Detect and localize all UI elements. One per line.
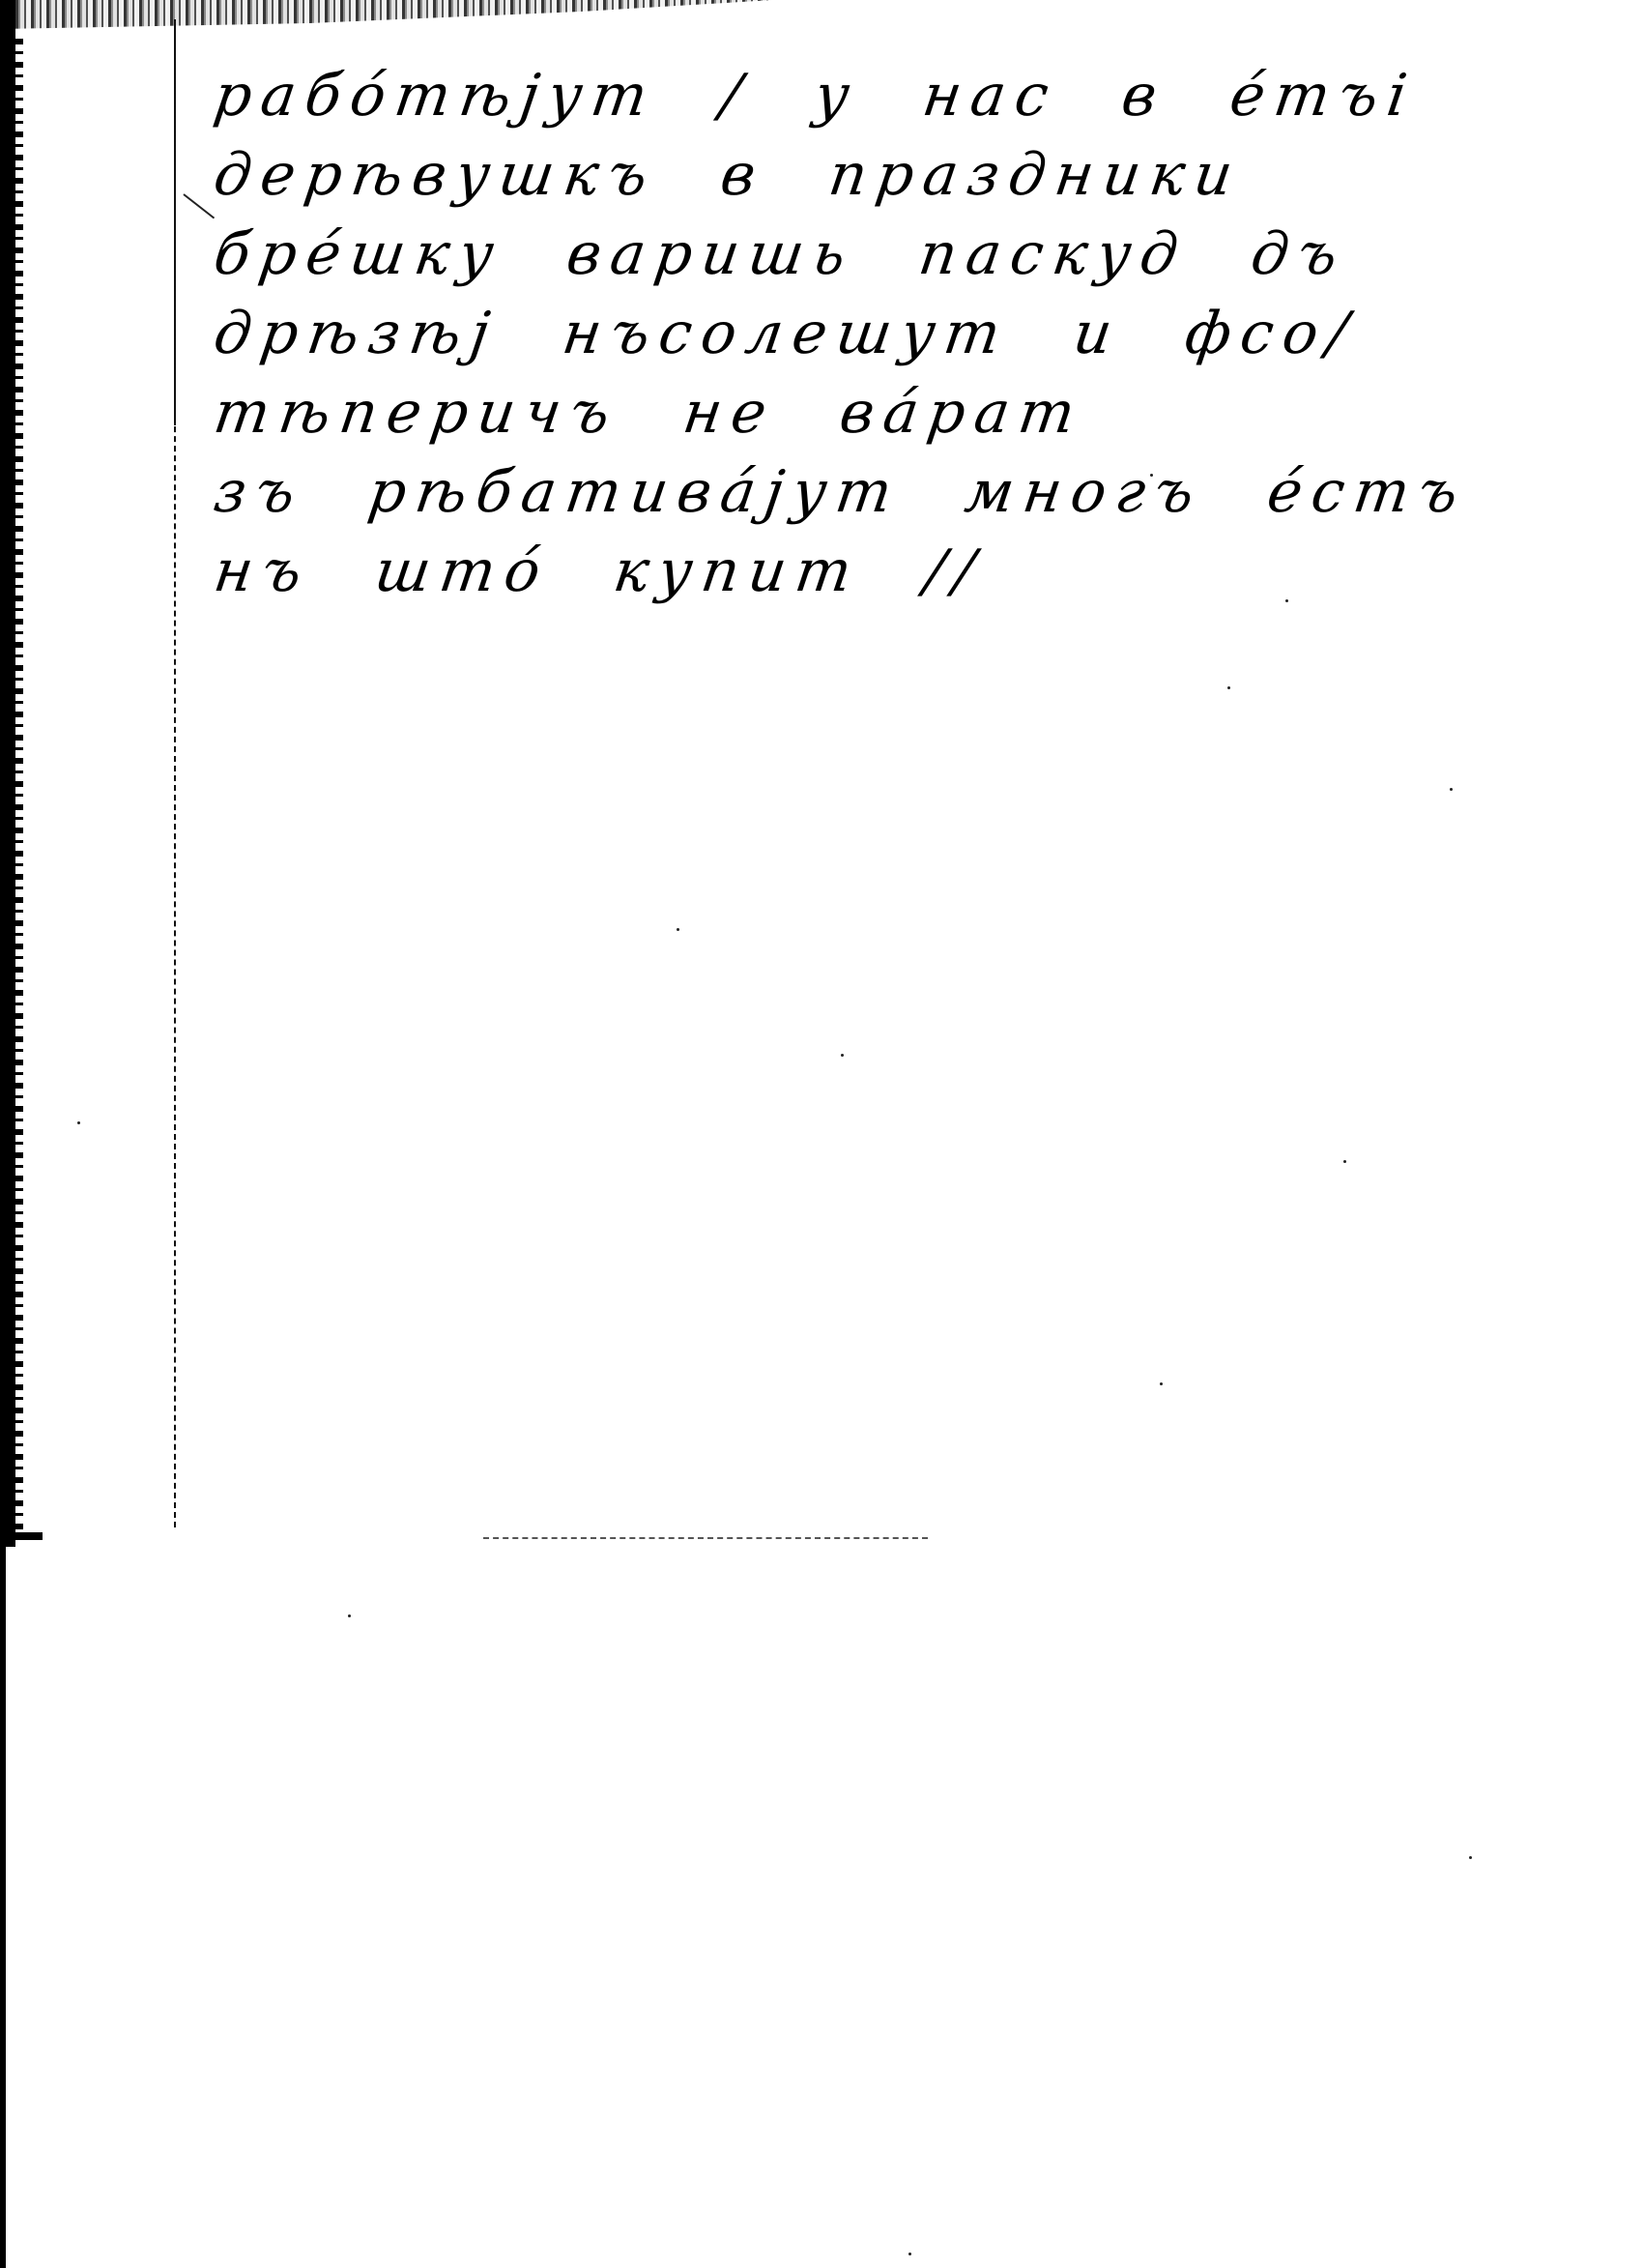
scan-speck [1150,474,1153,477]
margin-rule-dashed [174,19,176,1527]
scan-noise-top [0,0,773,29]
handwritten-line-6: зъ рѣбатива́јут многъ е́стъ [209,452,1332,532]
handwritten-line-1: рабо́тѣјут / у нас в е́тъі [209,56,1332,135]
handwritten-line-7: нъ што́ купит // [209,532,1332,611]
handwritten-line-4: дрѣзѣј нъсолешут и фсо/ [209,294,1332,373]
scan-speck [1469,1856,1472,1859]
scan-speck [1160,1382,1163,1385]
scan-edge-band-lower [0,1547,6,2268]
scan-speck [677,928,679,931]
scan-speck [841,1054,844,1057]
scan-speck [1285,599,1288,602]
scan-speck [908,2253,911,2255]
scan-edge-ragged [14,39,23,1547]
scan-speck [348,1614,351,1617]
handwritten-line-2: дерѣвушкъ в праздники [209,135,1332,215]
scan-speck [1227,686,1230,689]
scanned-page: рабо́тѣјут / у нас в е́тъі дерѣвушкъ в п… [0,0,1643,2268]
handwritten-line-3: бре́шку варишь паскуд дъ [209,215,1332,294]
scan-speck [77,1121,80,1124]
handwritten-line-5: тѣперичъ не ва́рат [209,373,1332,452]
scan-speck [1450,788,1453,791]
scan-edge-tail [0,1532,43,1540]
handwritten-text: рабо́тѣјут / у нас в е́тъі дерѣвушкъ в п… [215,56,1326,611]
scan-speck [1343,1160,1346,1163]
faint-horizontal-rule [483,1537,928,1539]
